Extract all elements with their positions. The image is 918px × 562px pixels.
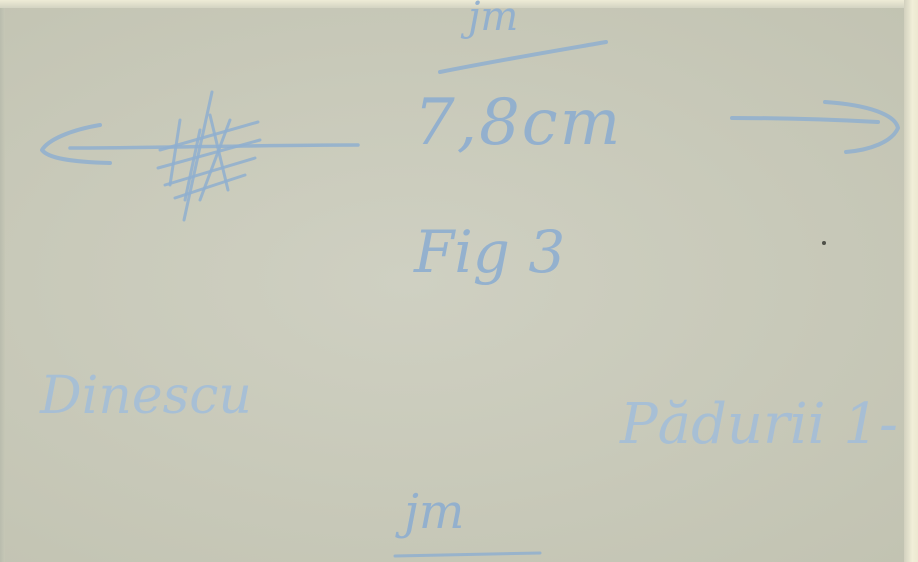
page-label: Pădurii 1- bbox=[620, 392, 898, 457]
author-label: Dinescu bbox=[40, 366, 252, 426]
scribble-strikeout bbox=[158, 92, 260, 220]
right-arrow-icon bbox=[732, 102, 898, 152]
bottom-underline-stroke bbox=[395, 553, 540, 556]
figure-label: Fig 3 bbox=[414, 218, 565, 286]
dimension-label: 7,8cm bbox=[414, 86, 622, 160]
underline-stroke bbox=[440, 42, 606, 72]
paper-speck bbox=[822, 241, 826, 245]
initials-top: jm bbox=[468, 0, 518, 40]
initials-bottom: jm bbox=[404, 484, 464, 540]
